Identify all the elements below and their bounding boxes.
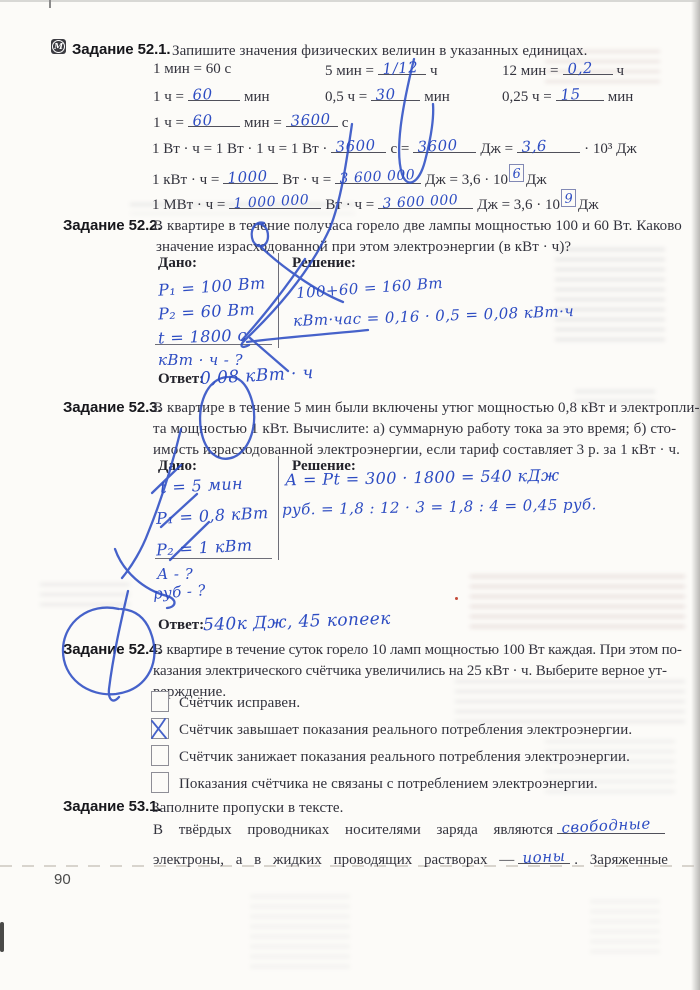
scan-mark xyxy=(49,0,51,8)
handwritten-answer: 3 600 000 xyxy=(382,192,458,212)
print-bleed-artifact xyxy=(40,583,130,613)
handwritten-given: P₁ = 100 Вт xyxy=(157,273,266,299)
checkbox-option-4 xyxy=(151,772,169,793)
answer-blank: 1000 xyxy=(223,170,278,184)
printed-text: Вт · ч = xyxy=(282,172,331,188)
printed-text: · 10³ Дж xyxy=(584,141,637,157)
fill-in-line: электроны, а в жидких проводящих раствор… xyxy=(153,850,668,869)
checkbox-option-3 xyxy=(151,745,169,766)
print-bleed-artifact xyxy=(555,248,665,348)
printed-text: 1 Вт · ч = 1 Вт · 1 ч = 1 Вт · xyxy=(152,141,327,157)
handwritten-given: P₁ = 0,8 кВт xyxy=(156,503,269,528)
task-53-1-prompt: Заполните пропуски в тексте. xyxy=(152,799,343,818)
answer-blank: ионы xyxy=(518,850,570,864)
exponent-box: 9 xyxy=(561,189,576,207)
printed-text: 1 ч = xyxy=(153,89,184,105)
handwritten-answer: 540к Дж, 45 копеек xyxy=(203,609,391,636)
answer-blank: 1 000 000 xyxy=(229,195,321,209)
task-52-3-label: Задание 52.3. xyxy=(63,399,161,416)
printed-text: мин xyxy=(608,89,634,105)
printed-text: Дж xyxy=(578,197,599,213)
reshenie-label: Решение: xyxy=(292,255,356,272)
handwritten-answer: 6 xyxy=(512,167,522,182)
task-52-4-label: Задание 52.4. xyxy=(63,641,161,658)
handwritten-given: P₂ = 60 Вт xyxy=(158,299,256,323)
scan-mark xyxy=(0,922,4,952)
conversion-row: 1 Вт · ч = 1 Вт · 1 ч = 1 Вт ·3600с =360… xyxy=(152,139,637,158)
method-icon-letter: М xyxy=(52,40,65,53)
conversion-row: 1 мин = 60 с xyxy=(153,61,231,78)
otvet-label: Ответ: xyxy=(158,371,204,388)
handwritten-find: кВт · ч - ? xyxy=(158,351,243,369)
task-52-3-text: та мощностью 1 кВт. Вычислите: а) суммар… xyxy=(153,420,676,439)
answer-blank: 3 600 000 xyxy=(335,170,421,184)
task-52-2-label: Задание 52.2. xyxy=(63,217,161,234)
printed-text: Дж = 3,6 · 10 xyxy=(425,172,508,188)
conversion-row: 0,25 ч =15мин xyxy=(502,87,633,106)
print-bleed-artifact xyxy=(250,895,350,975)
handwritten-answer: 1 000 000 xyxy=(234,192,310,212)
exponent-box: 6 xyxy=(509,164,524,182)
printed-text: . Заряженные xyxy=(574,852,668,868)
handwritten-solution: руб. = 1,8 : 12 · 3 = 1,8 : 4 = 0,45 руб… xyxy=(282,495,597,518)
printed-text: мин xyxy=(424,89,450,105)
printed-text: 1 кВт · ч = xyxy=(152,172,219,188)
answer-blank: 3600 xyxy=(331,139,386,153)
option-label: Счётчик завышает показания реального пот… xyxy=(179,721,632,740)
handwritten-answer: 1000 xyxy=(227,167,268,187)
handwritten-find: руб - ? xyxy=(152,581,206,603)
fill-in-line: В твёрдых проводниках носителями заряда … xyxy=(153,820,669,839)
answer-blank: 0,2 xyxy=(563,61,613,75)
handwritten-answer: 0,2 xyxy=(567,59,593,78)
page-number: 90 xyxy=(54,871,71,888)
handwritten-answer: 3600 xyxy=(335,136,376,156)
print-bleed-artifact xyxy=(590,900,660,960)
conversion-row: 5 мин =1/12ч xyxy=(325,61,438,80)
printed-text: В твёрдых проводниках носителями заряда … xyxy=(153,822,553,838)
handwritten-answer: свободные xyxy=(561,814,651,837)
task-52-1-label: Задание 52.1. xyxy=(72,41,170,58)
conversion-row: 0,5 ч =30мин xyxy=(325,87,450,106)
handwritten-given: t = 5 мин xyxy=(160,474,244,497)
handwritten-given: P₂ = 1 кВт xyxy=(156,535,253,559)
handwritten-answer: 3,6 xyxy=(521,137,547,156)
answer-blank: 3 600 000 xyxy=(378,195,473,209)
printed-text: мин xyxy=(244,89,270,105)
table-divider xyxy=(278,253,279,348)
handwritten-find: А - ? xyxy=(157,565,193,583)
task-52-3-text: В квартире в течение 5 мин были включены… xyxy=(153,399,700,418)
checkbox-option-1 xyxy=(151,691,169,712)
printed-text: Дж = 3,6 · 10 xyxy=(477,197,560,213)
printed-text: Дж = xyxy=(480,141,513,157)
task-52-4-text: В квартире в течение суток горело 10 лам… xyxy=(153,641,682,660)
printed-text: с xyxy=(342,115,349,131)
answer-blank: 1/12 xyxy=(378,61,426,75)
printed-text: 1 мин = 60 с xyxy=(153,61,231,77)
conversion-row: 12 мин =0,2ч xyxy=(502,61,624,80)
handwritten-solution: кВт·час = 0,16 · 0,5 = 0,08 кВт·ч xyxy=(293,302,575,330)
handwritten-answer: 9 xyxy=(564,192,574,207)
printed-text: 1 МВт · ч = xyxy=(152,197,225,213)
table-divider xyxy=(278,456,279,560)
printed-text: мин = xyxy=(244,115,282,131)
dano-label: Дано: xyxy=(158,255,197,272)
answer-blank: 3,6 xyxy=(517,139,580,153)
conversion-row: 1 ч =60мин =3600с xyxy=(153,113,348,132)
handwritten-answer: 15 xyxy=(560,85,581,104)
answer-blank: 3600 xyxy=(413,139,476,153)
handwritten-answer: 60 xyxy=(192,111,213,130)
printed-text: Вт · ч = xyxy=(325,197,374,213)
printed-text: с = xyxy=(390,141,409,157)
answer-blank: 60 xyxy=(188,87,240,101)
scan-edge-top xyxy=(0,0,700,2)
handwritten-answer: 60 xyxy=(192,85,213,104)
workbook-page: М Задание 52.1. Запишите значения физиче… xyxy=(0,0,700,990)
print-bleed-artifact xyxy=(455,680,685,725)
printed-text: 0,5 ч = xyxy=(325,89,367,105)
task-53-1-label: Задание 53.1. xyxy=(63,798,161,815)
handwritten-answer: 3600 xyxy=(290,110,331,130)
answer-blank: 15 xyxy=(556,87,604,101)
method-icon: М xyxy=(51,39,66,54)
conversion-row: 1 ч =60мин xyxy=(153,87,270,106)
printed-text: 1 ч = xyxy=(153,115,184,131)
printed-text: 5 мин = xyxy=(325,63,374,79)
handwritten-answer: 3 600 000 xyxy=(339,167,415,187)
printed-text: ч xyxy=(617,63,625,79)
printed-text: ч xyxy=(430,63,438,79)
answer-blank: 3600 xyxy=(286,113,338,127)
task-52-2-text: значение израсходованной при этом электр… xyxy=(156,238,571,257)
task-52-1-prompt: Запишите значения физических величин в у… xyxy=(172,42,587,61)
task-52-3-text: имость израсходованной электроэнергии, е… xyxy=(153,441,680,460)
scan-speck xyxy=(455,597,458,600)
print-bleed-artifact xyxy=(470,575,685,630)
scan-edge-right xyxy=(691,0,700,990)
option-label: Показания счётчика не связаны с потребле… xyxy=(179,775,598,794)
printed-text: электроны, а в жидких проводящих раствор… xyxy=(153,852,514,868)
printed-text: 0,25 ч = xyxy=(502,89,552,105)
handwritten-given: t = 1800 c xyxy=(158,325,247,347)
task-52-2-text: В квартире в течение получаса горело две… xyxy=(153,217,682,236)
option-label: Счётчик занижает показания реального пот… xyxy=(179,748,630,767)
handwritten-solution: А = Pt = 300 · 1800 = 540 кДж xyxy=(285,466,560,490)
handwritten-answer: 3600 xyxy=(417,136,458,156)
conversion-row: 1 МВт · ч =1 000 000Вт · ч =3 600 000Дж … xyxy=(152,189,599,214)
scribble-stroke xyxy=(247,330,368,342)
task-52-4-text: казания электрического счётчика увеличил… xyxy=(153,662,667,681)
dano-label: Дано: xyxy=(158,458,197,475)
option-label: Счётчик исправен. xyxy=(179,694,300,713)
answer-blank: 30 xyxy=(371,87,420,101)
handwritten-answer: 1/12 xyxy=(382,58,419,78)
checkbox-option-2 xyxy=(151,718,169,739)
handwritten-answer: ионы xyxy=(522,847,566,867)
handwritten-solution: 100+60 = 160 Вт xyxy=(296,274,444,302)
answer-blank: 60 xyxy=(188,113,240,127)
printed-text: 12 мин = xyxy=(502,63,559,79)
printed-text: Дж xyxy=(526,172,547,188)
answer-blank: свободные xyxy=(557,820,665,834)
conversion-row: 1 кВт · ч =1000Вт · ч =3 600 000Дж = 3,6… xyxy=(152,164,547,189)
otvet-label: Ответ: xyxy=(158,617,204,634)
handwritten-answer: 30 xyxy=(375,85,396,104)
